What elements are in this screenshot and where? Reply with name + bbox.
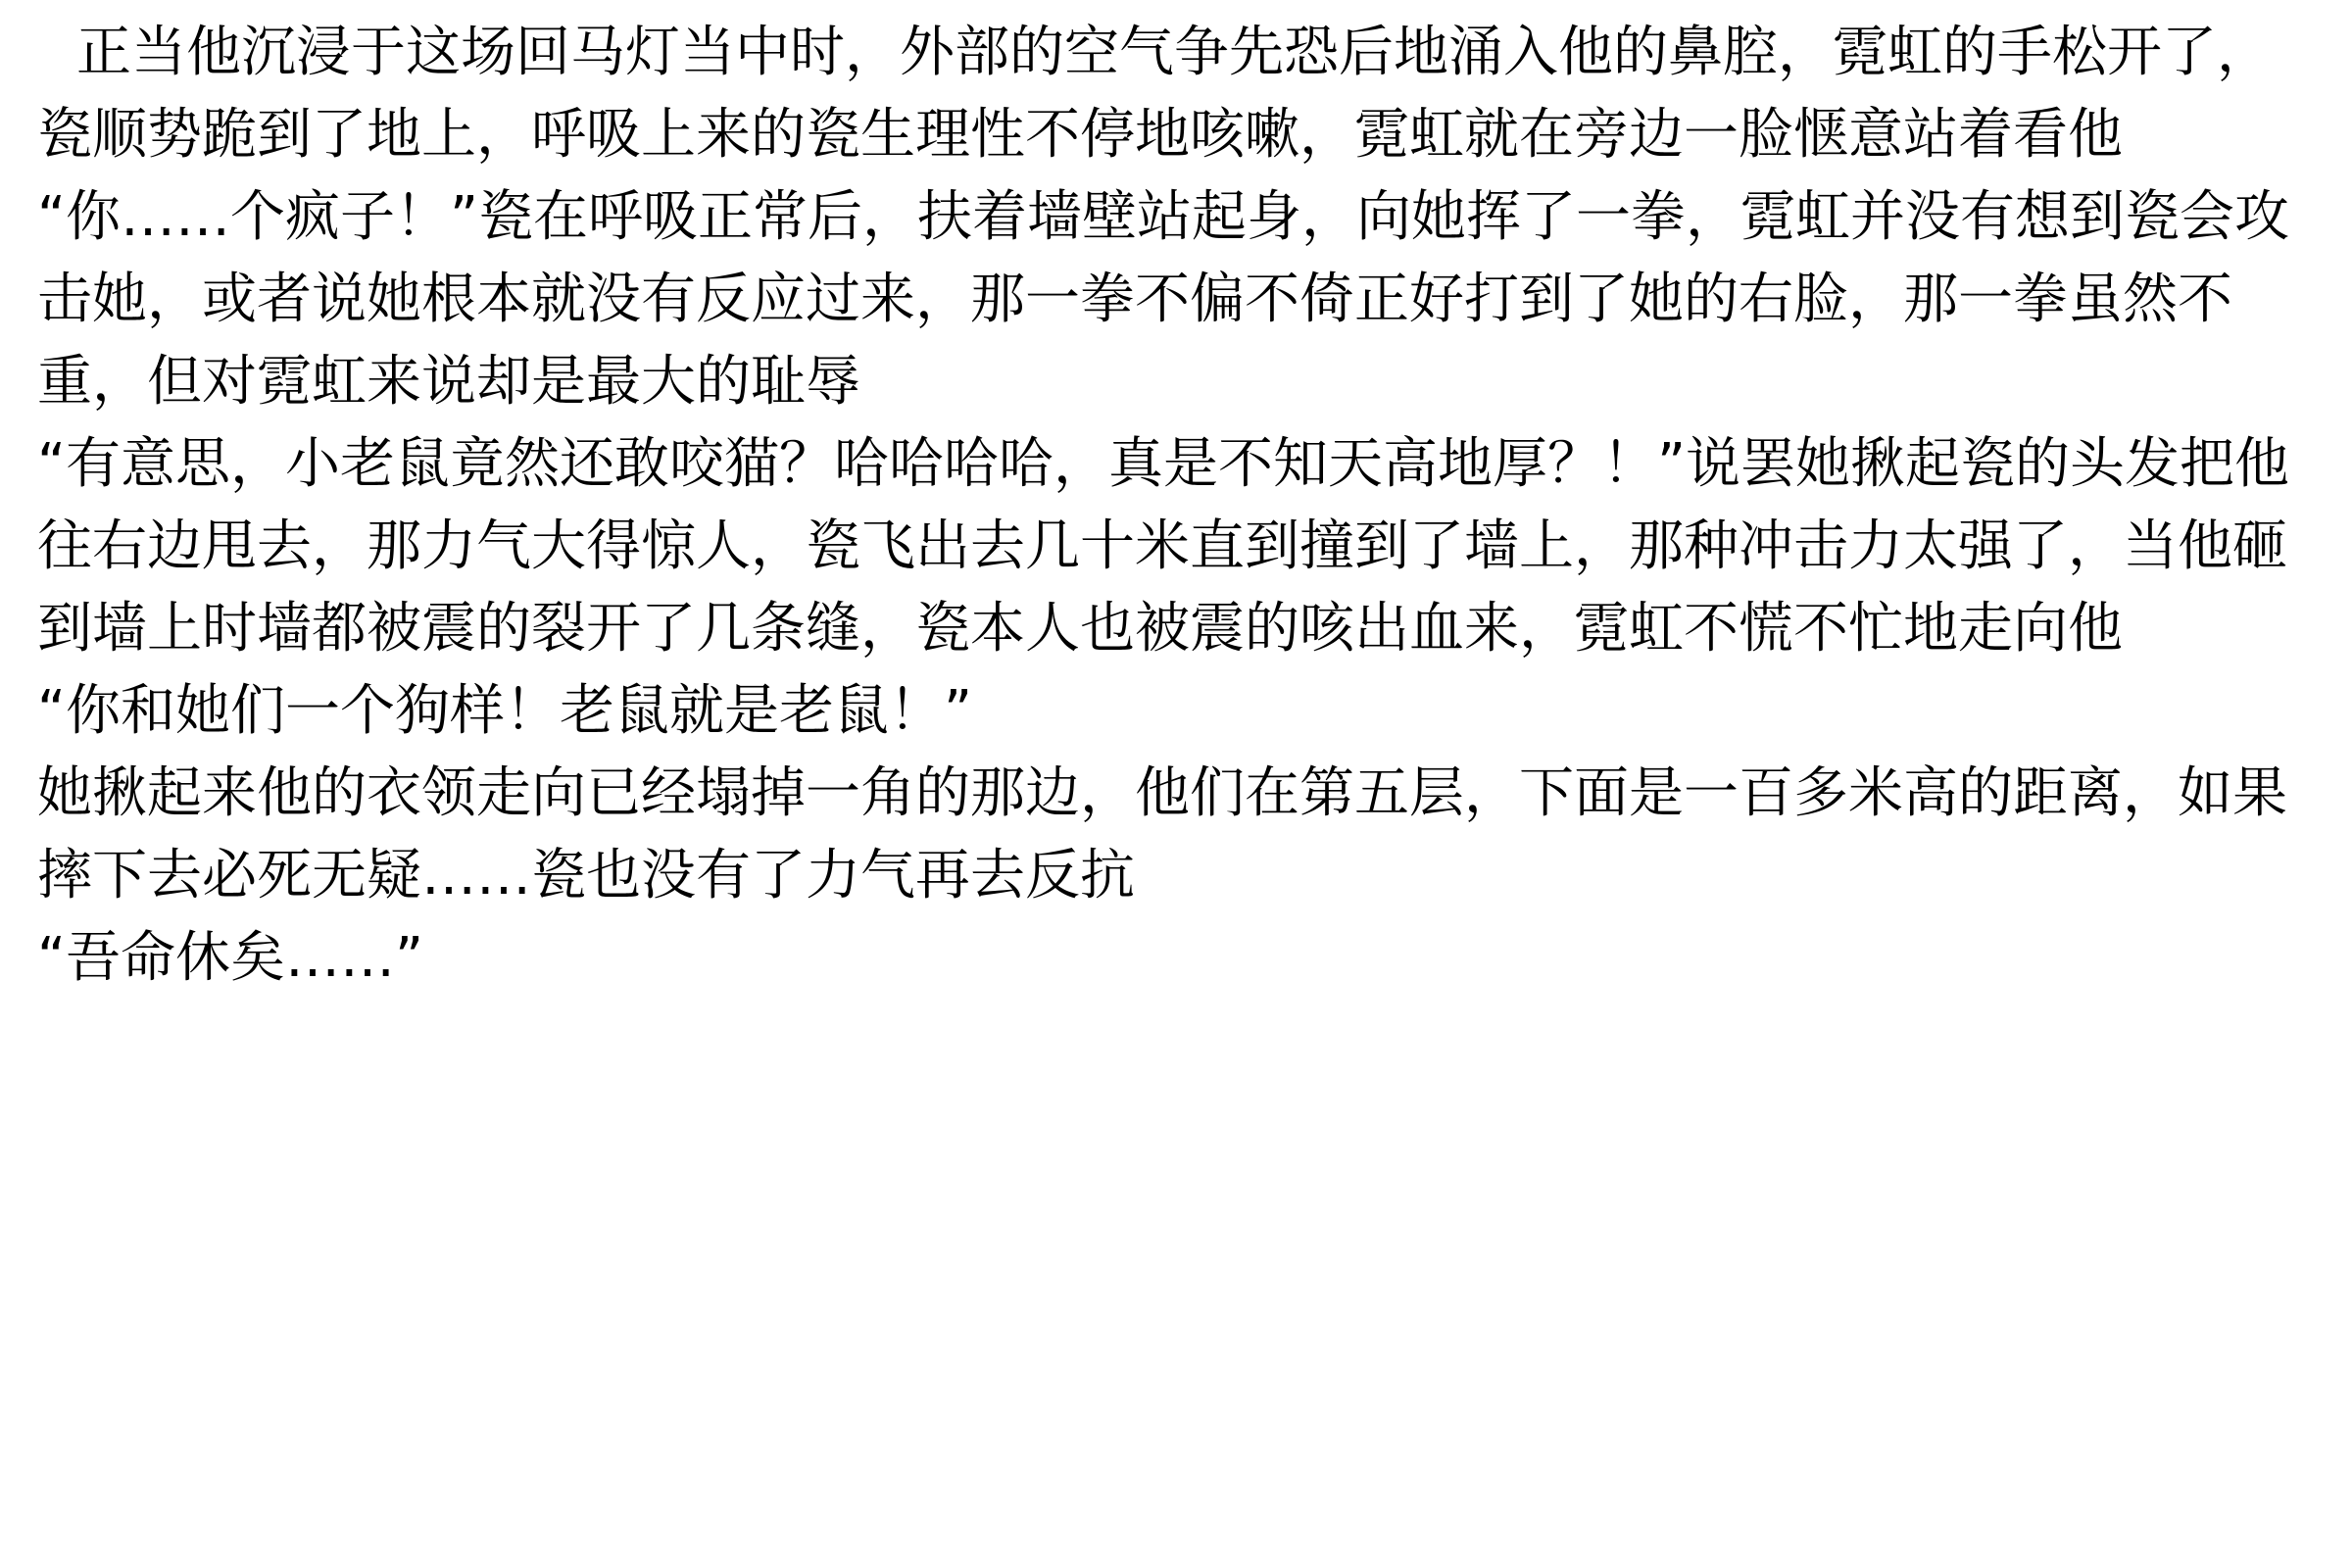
paragraph: “吾命休矣……” bbox=[37, 917, 2313, 1000]
paragraph: “有意思，小老鼠竟然还敢咬猫？哈哈哈哈，真是不知天高地厚？！”说罢她揪起瓷的头发… bbox=[37, 423, 2313, 670]
paragraph: “你……个疯子！”瓷在呼吸正常后，扶着墙壁站起身，向她挥了一拳，霓虹并没有想到瓷… bbox=[37, 176, 2313, 423]
paragraph: 正当他沉浸于这场回马灯当中时，外部的空气争先恐后地涌入他的鼻腔，霓虹的手松开了，… bbox=[37, 12, 2313, 176]
novel-text-page: 正当他沉浸于这场回马灯当中时，外部的空气争先恐后地涌入他的鼻腔，霓虹的手松开了，… bbox=[0, 0, 2352, 1568]
paragraph: “你和她们一个狗样！老鼠就是老鼠！” bbox=[37, 670, 2313, 753]
paragraph: 她揪起来他的衣领走向已经塌掉一角的那边，他们在第五层，下面是一百多米高的距离，如… bbox=[37, 753, 2313, 917]
